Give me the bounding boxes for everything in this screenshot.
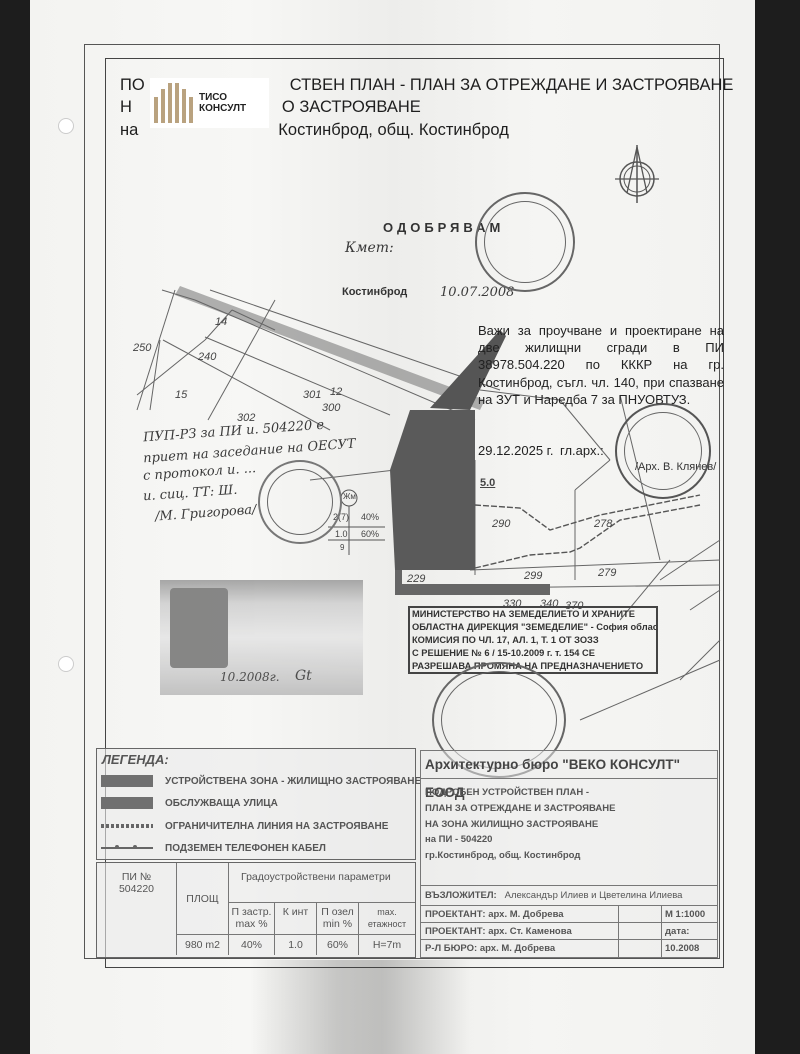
- telephone-cable-swatch: [101, 847, 153, 849]
- ministry-stamp-line: КОМИСИЯ ПО ЧЛ. 17, АЛ. 1, Т. 1 ОТ ЗОЗЗ: [410, 634, 656, 647]
- col-header-density: К инт: [275, 903, 317, 935]
- area-value: 980 m2: [177, 935, 229, 955]
- legend-label: УСТРОЙСТВЕНА ЗОНА - ЖИЛИЩНО ЗАСТРОЯВАНЕ: [165, 776, 421, 787]
- ministry-stamp-line: МИНИСТЕРСТВО НА ЗЕМЕДЕЛИЕТО И ХРАНИТЕ: [410, 608, 656, 621]
- faded-stamp-area: 10.2008г. Gt: [160, 580, 363, 695]
- ministry-stamp-line: ОБЛАСТНА ДИРЕКЦИЯ "ЗЕМЕДЕЛИЕ" - София об…: [410, 621, 656, 634]
- parcel-label: 290: [492, 518, 510, 530]
- designer-row: ПРОЕКТАНТ: арх. М. Добрева М 1:1000: [421, 905, 717, 922]
- legend-label: ПОДЗЕМЕН ТЕЛЕФОНЕН КАБЕЛ: [165, 843, 326, 854]
- legend-item: ОГРАНИЧИТЕЛНА ЛИНИЯ НА ЗАСТРОЯВАНЕ: [101, 819, 388, 833]
- faded-stamp-date: 10.2008г.: [220, 670, 280, 684]
- approval-place: Костинброд: [342, 286, 407, 298]
- mayor-stamp: [615, 403, 711, 499]
- params-group-header: Градоустройствени параметри: [229, 863, 415, 903]
- parcel-label: 250: [133, 342, 151, 354]
- parcel-label: 300: [322, 402, 340, 414]
- residential-zone-swatch: [101, 775, 153, 787]
- parcel-label: 299: [524, 570, 542, 582]
- legend: ЛЕГЕНДА: УСТРОЙСТВЕНА ЗОНА - ЖИЛИЩНО ЗАС…: [96, 748, 416, 860]
- parcel-label: 15: [175, 389, 187, 401]
- legend-label: ОГРАНИЧИТЕЛНА ЛИНИЯ НА ЗАСТРОЯВАНЕ: [165, 821, 388, 832]
- legend-label: ОБСЛУЖВАЩА УЛИЦА: [165, 798, 278, 809]
- col-header-coverage: П застр. max %: [229, 903, 275, 935]
- notice-date: 29.12.2025 г.: [478, 443, 553, 458]
- parcel-label: 14: [215, 316, 227, 328]
- parcel-label: 279: [598, 567, 616, 579]
- street-swatch: [101, 797, 153, 809]
- ministry-stamp: МИНИСТЕРСТВО НА ЗЕМЕДЕЛИЕТО И ХРАНИТЕ ОБ…: [408, 606, 658, 674]
- designer-row: ПРОЕКТАНТ: арх. Ст. Каменова дата:: [421, 922, 717, 939]
- parcel-label: 229: [407, 573, 425, 585]
- zone-kint: 1.0: [335, 529, 348, 539]
- legend-title: ЛЕГЕНДА:: [102, 752, 169, 767]
- legend-item: УСТРОЙСТВЕНА ЗОНА - ЖИЛИЩНО ЗАСТРОЯВАНЕ: [101, 774, 421, 788]
- parcel-label: 12: [330, 386, 342, 398]
- validity-notice: Важи за проучване и проектиране на две ж…: [478, 322, 724, 408]
- municipal-mayor-stamp: [258, 460, 342, 544]
- ministry-stamp-line: С РЕШЕНИЕ № 6 / 15-10.2009 г. т. 154 СЕ: [410, 647, 656, 660]
- col-header-green: П озел min %: [317, 903, 359, 935]
- coverage-value: 40%: [229, 935, 275, 955]
- firm-name: Архитектурно бюро "ВЕКО КОНСУЛТ" ЕООД: [421, 751, 717, 779]
- legend-item: ПОДЗЕМЕН ТЕЛЕФОНЕН КАБЕЛ: [101, 841, 326, 855]
- building-line-swatch: [101, 824, 153, 828]
- approval-role: Кмет:: [345, 240, 394, 256]
- density-value: 1.0: [275, 935, 317, 955]
- zone-density: 40%: [361, 512, 379, 522]
- parameters-table: ПИ № 504220 ПЛОЩ Градоустройствени парам…: [96, 862, 416, 958]
- zone-height: 9: [340, 543, 344, 552]
- legend-item: ОБСЛУЖВАЩА УЛИЦА: [101, 796, 278, 810]
- municipality-stamp: [475, 192, 575, 292]
- title-block: Архитектурно бюро "ВЕКО КОНСУЛТ" ЕООД ПО…: [420, 750, 718, 958]
- green-value: 60%: [317, 935, 359, 955]
- area-header: ПЛОЩ: [177, 863, 229, 935]
- zone-green: 60%: [361, 529, 379, 539]
- notice-arch-label: гл.арх.:: [560, 443, 604, 458]
- faded-seal: [170, 588, 228, 668]
- bureau-head-row: Р-Л БЮРО: арх. М. Добрева 10.2008: [421, 939, 717, 956]
- faded-stamp-signature: Gt: [295, 668, 312, 684]
- parcel-label: 240: [198, 351, 216, 363]
- parcel-label: 301: [303, 389, 321, 401]
- zone-code: Жм: [343, 492, 356, 501]
- project-description: ПОДРОБЕН УСТРОЙСТВЕН ПЛАН - ПЛАН ЗА ОТРЕ…: [425, 785, 615, 864]
- height-value: H=7m: [359, 935, 415, 955]
- client-row: ВЪЗЛОЖИТЕЛ: Александър Илиев и Цветелина…: [421, 885, 717, 905]
- col-header-height: max. етажност: [359, 903, 415, 935]
- parcel-label: 278: [594, 518, 612, 530]
- pi-cell: ПИ № 504220: [97, 863, 177, 955]
- setback-label: 5.0: [480, 477, 495, 489]
